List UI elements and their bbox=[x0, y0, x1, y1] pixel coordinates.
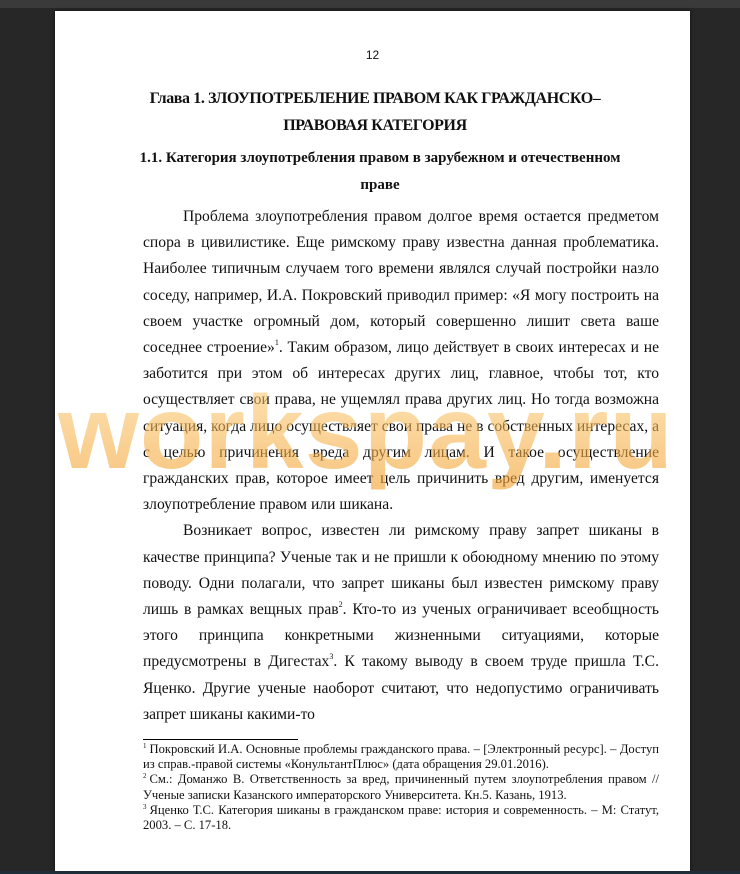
paragraph-2: Возникает вопрос, известен ли римскому п… bbox=[143, 518, 659, 728]
footnote-mark: 3 bbox=[143, 803, 147, 811]
paragraph-1: Проблема злоупотребления правом долгое в… bbox=[143, 204, 659, 518]
footnote-separator bbox=[143, 739, 298, 740]
footnote-text: Яценко Т.С. Категория шиканы в гражданск… bbox=[143, 803, 659, 832]
footnote-2: 2См.: Доманжо В. Ответственность за вред… bbox=[143, 772, 659, 802]
section-title: 1.1. Категория злоупотребления правом в … bbox=[135, 145, 625, 199]
footnote-mark: 1 bbox=[143, 742, 147, 750]
paragraph-text: Проблема злоупотребления правом долгое в… bbox=[143, 208, 659, 356]
footnote-1: 1Покровский И.А. Основные проблемы гражд… bbox=[143, 742, 659, 772]
footnotes: 1Покровский И.А. Основные проблемы гражд… bbox=[143, 742, 659, 833]
footnote-text: Покровский И.А. Основные проблемы гражда… bbox=[143, 742, 659, 771]
viewer-toolbar bbox=[0, 0, 740, 8]
body-text: Проблема злоупотребления правом долгое в… bbox=[143, 204, 659, 728]
footnote-text: См.: Доманжо В. Ответственность за вред,… bbox=[143, 772, 659, 801]
page-number: 12 bbox=[55, 48, 690, 62]
chapter-title: Глава 1. ЗЛОУПОТРЕБЛЕНИЕ ПРАВОМ КАК ГРАЖ… bbox=[125, 85, 625, 139]
paragraph-text: . Таким образом, лицо действует в своих … bbox=[143, 339, 659, 513]
document-page: 12 Глава 1. ЗЛОУПОТРЕБЛЕНИЕ ПРАВОМ КАК Г… bbox=[55, 11, 690, 871]
footnote-3: 3Яценко Т.С. Категория шиканы в гражданс… bbox=[143, 803, 659, 833]
footnote-mark: 2 bbox=[143, 772, 147, 780]
